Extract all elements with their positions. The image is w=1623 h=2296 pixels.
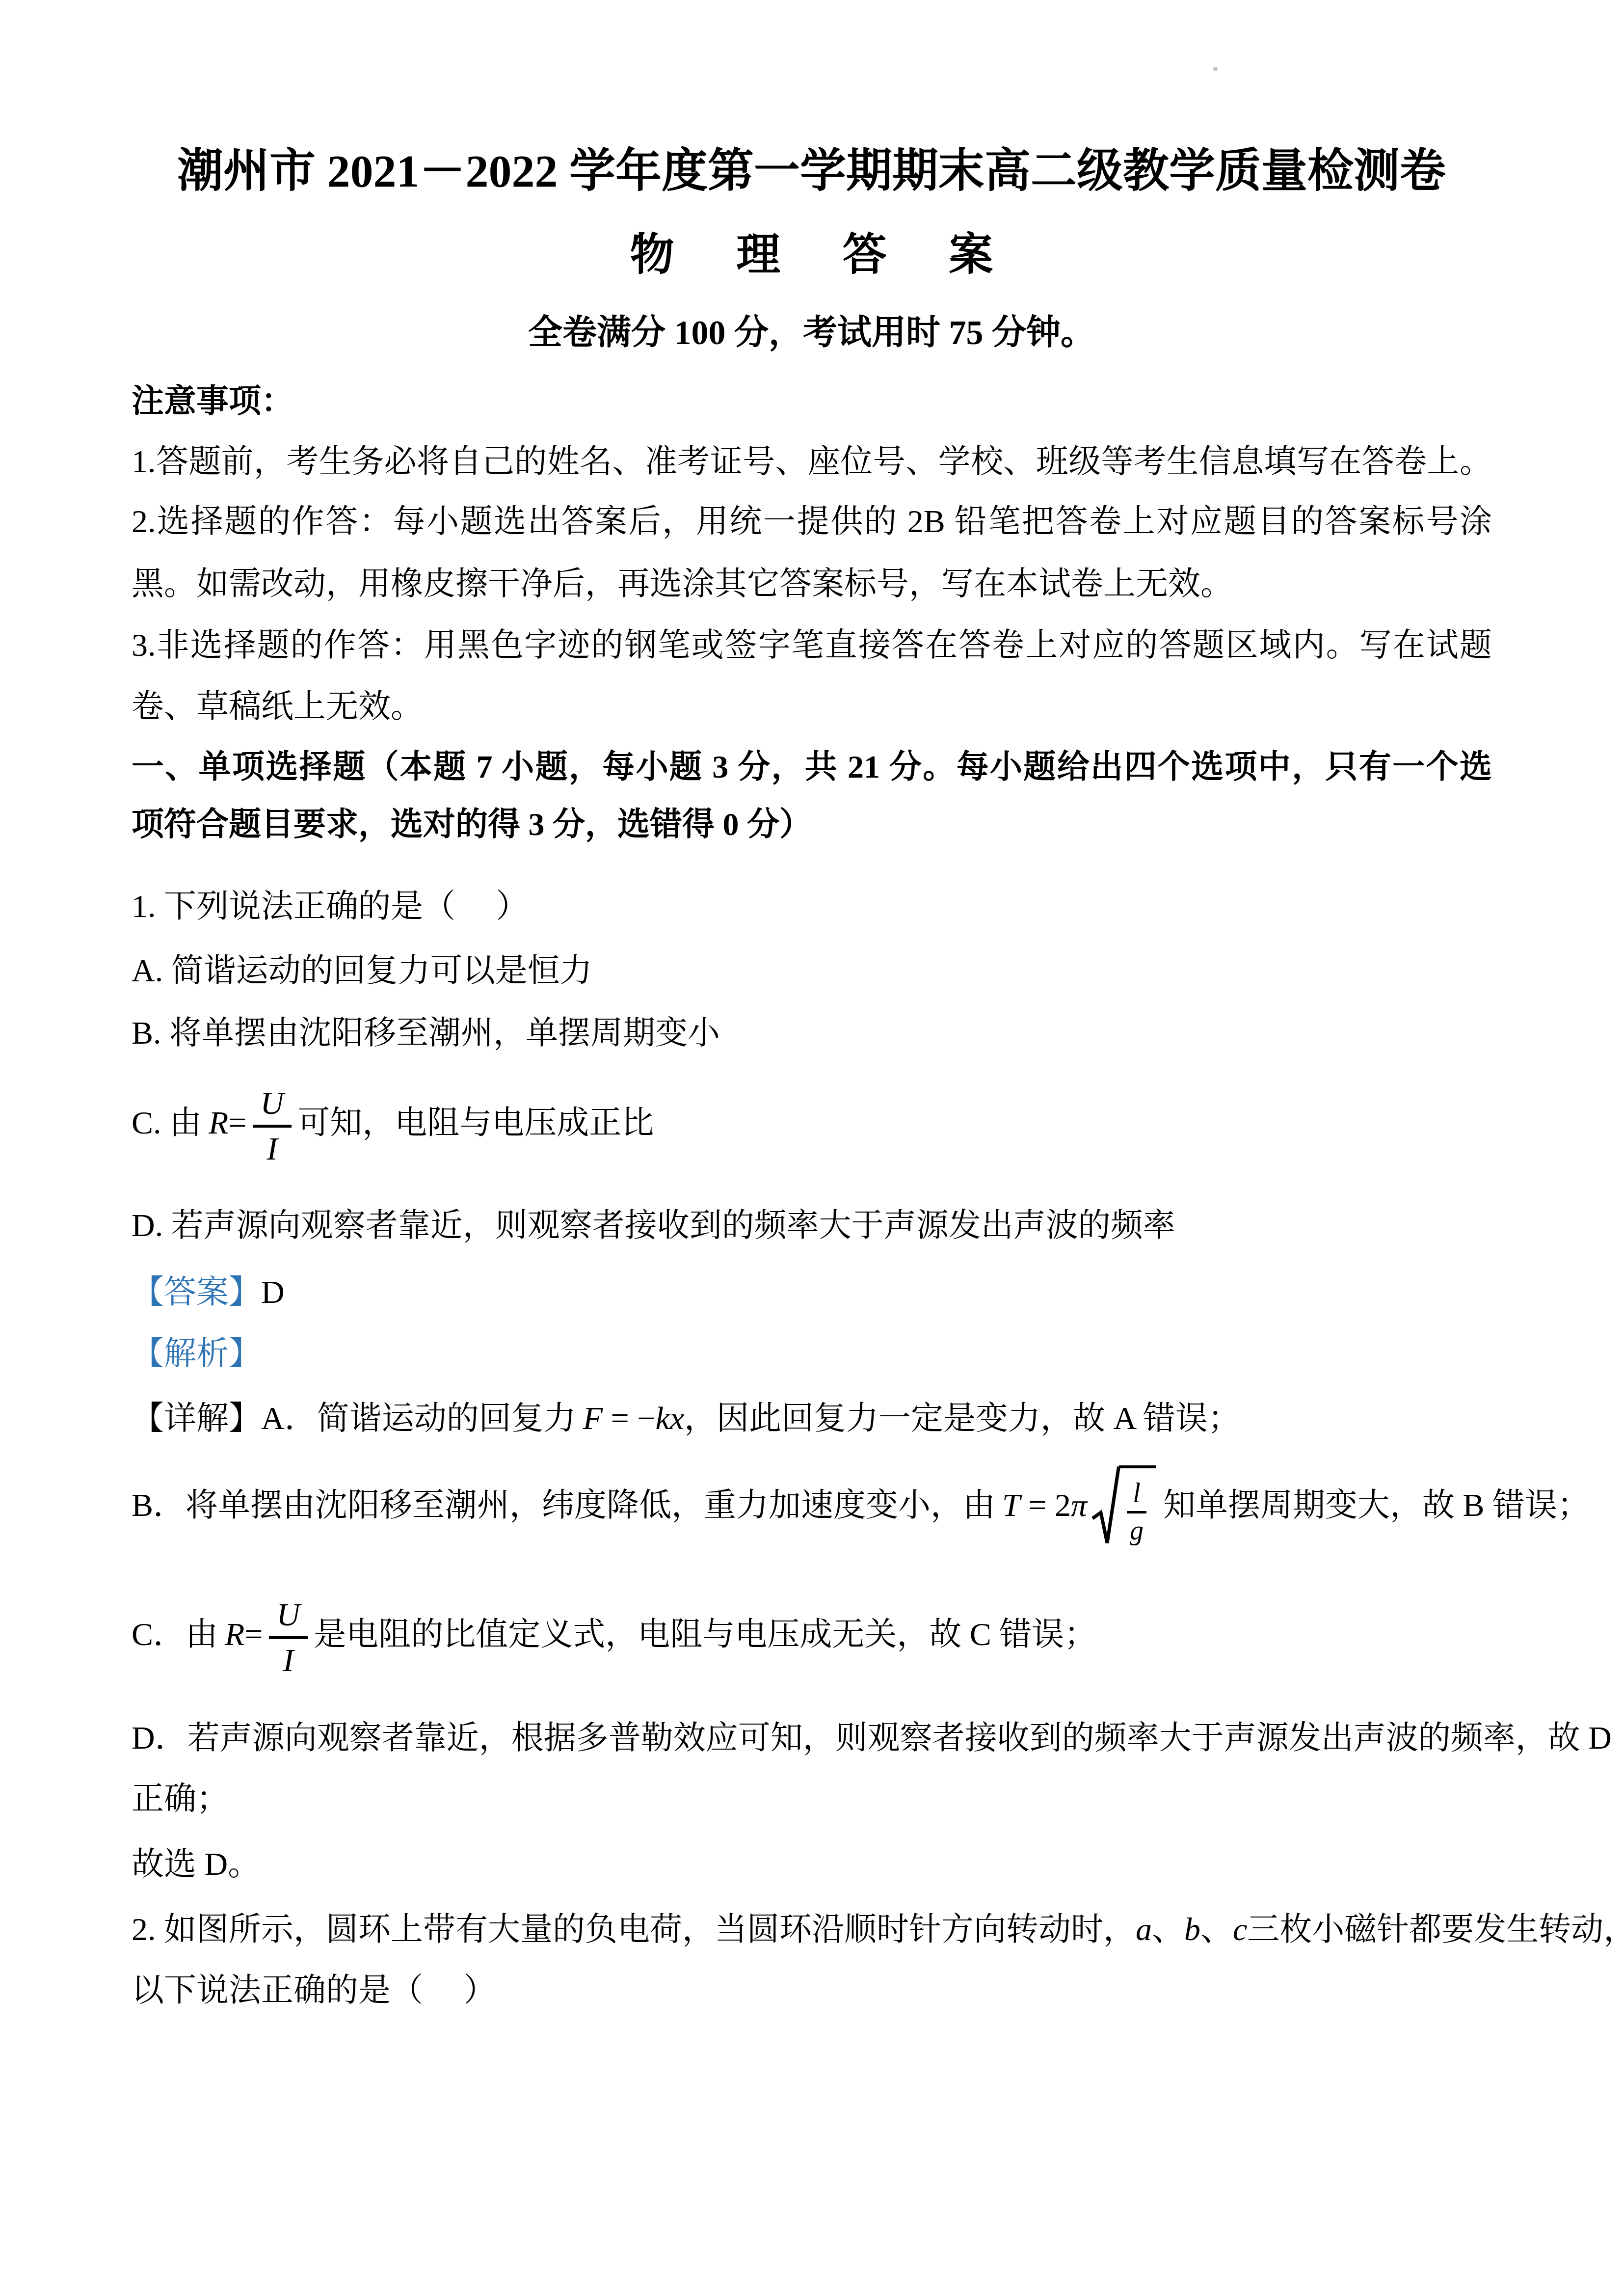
math-equals-2: = 2: [1020, 1487, 1071, 1523]
subject-title: 物 理 答 案: [0, 231, 1623, 279]
exam-info: 全卷满分 100 分，考试用时 75 分钟。: [0, 314, 1623, 352]
scan-artifact-dot: [1213, 67, 1218, 71]
math-var-r: R: [209, 1105, 228, 1141]
question-2-stem-line-2: 以下说法正确的是（ ）: [132, 1968, 1492, 2013]
fraction-u-over-i: UI: [253, 1085, 292, 1168]
fraction-numerator: U: [253, 1085, 292, 1128]
math-var-r: R: [225, 1617, 244, 1652]
question-1-option-a: A. 简谐运动的回复力可以是恒力: [132, 948, 1492, 994]
explanation-b-text-post: 知单摆周期变大，故 B 错误；: [1163, 1487, 1590, 1523]
explanation-b-text-pre: B．将单摆由沈阳移至潮州，纬度降低，重力加速度变小，由: [132, 1487, 995, 1523]
fraction-denominator: I: [275, 1639, 301, 1679]
explanation-a-text-pre: 【详解】A．简谐运动的回复力: [132, 1401, 576, 1436]
math-equals: =: [228, 1105, 246, 1141]
question-2-text-pre: 2. 如图所示，圆环上带有大量的负电荷，当圆环沿顺时针方向转动时，: [132, 1912, 1136, 1947]
math-var-kx: kx: [655, 1401, 684, 1436]
math-var-pi: π: [1071, 1487, 1087, 1523]
fraction-denominator: I: [259, 1128, 285, 1167]
question-1-option-c: C. 由R=UI可知，电阻与电压成正比: [132, 1085, 1492, 1168]
explanation-a: 【详解】A．简谐运动的回复力F = −kx，因此回复力一定是变力，故 A 错误；: [132, 1396, 1492, 1441]
answer-value: D: [261, 1274, 285, 1310]
explanation-c-text-pre: C．由: [132, 1617, 218, 1652]
analysis-label: 【解析】: [132, 1331, 1492, 1377]
math-equals-minus: = −: [603, 1401, 655, 1436]
notice-item-3-line-2: 卷、草稿纸上无效。: [132, 684, 1492, 729]
explanation-d-line-1: D．若声源向观察者靠近，根据多普勒效应可知，则观察者接收到的频率大于声源发出声波…: [132, 1716, 1492, 1761]
notice-item-3-line-1: 3.非选择题的作答：用黑色字迹的钢笔或签字笔直接答在答卷上对应的答题区域内。写在…: [132, 623, 1492, 668]
question-2-stem-line-1: 2. 如图所示，圆环上带有大量的负电荷，当圆环沿顺时针方向转动时，a、b、c三枚…: [132, 1907, 1492, 1952]
section-1-header-line-2: 项符合题目要求，选对的得 3 分，选错得 0 分）: [132, 802, 1492, 847]
notices-header: 注意事项：: [132, 379, 1492, 424]
question-1-answer: 【答案】D: [132, 1270, 1492, 1315]
separator: 、: [1200, 1912, 1233, 1947]
explanation-d-line-2: 正确；: [132, 1777, 1492, 1822]
math-var-b: b: [1184, 1912, 1200, 1947]
fraction-denominator: g: [1124, 1513, 1149, 1545]
question-1-stem: 1. 下列说法正确的是（ ）: [132, 884, 1492, 929]
question-1-option-d: D. 若声源向观察者靠近，则观察者接收到的频率大于声源发出声波的频率: [132, 1203, 1492, 1248]
option-c-text-post: 可知，电阻与电压成正比: [297, 1105, 654, 1141]
question-1-option-b: B. 将单摆由沈阳移至潮州，单摆周期变小: [132, 1011, 1492, 1056]
square-root-sign: lg: [1092, 1465, 1156, 1552]
radicand: lg: [1119, 1465, 1156, 1552]
math-equals: =: [244, 1617, 263, 1652]
math-var-t: T: [1002, 1487, 1020, 1523]
explanation-conclusion: 故选 D。: [132, 1842, 1492, 1887]
option-c-text-pre: C. 由: [132, 1105, 202, 1141]
explanation-c-text-post: 是电阻的比值定义式，电阻与电压成无关，故 C 错误；: [314, 1617, 1096, 1652]
notice-item-1: 1.答题前，考生务必将自己的姓名、准考证号、座位号、学校、班级等考生信息填写在答…: [132, 439, 1492, 485]
fraction-numerator: l: [1127, 1479, 1146, 1513]
document-title: 潮州市 2021－2022 学年度第一学期期末高二级教学质量检测卷: [0, 146, 1623, 197]
fraction-u-over-i: UI: [269, 1596, 308, 1679]
separator: 、: [1152, 1912, 1184, 1947]
math-var-f: F: [583, 1401, 603, 1436]
fraction-l-over-g: lg: [1124, 1479, 1149, 1545]
notice-item-2-line-1: 2.选择题的作答：每小题选出答案后，用统一提供的 2B 铅笔把答卷上对应题目的答…: [132, 499, 1492, 544]
notice-item-2-line-2: 黑。如需改动，用橡皮擦干净后，再选涂其它答案标号，写在本试卷上无效。: [132, 562, 1492, 607]
explanation-b: B．将单摆由沈阳移至潮州，纬度降低，重力加速度变小，由T = 2πlg知单摆周期…: [132, 1465, 1492, 1552]
math-var-a: a: [1136, 1912, 1152, 1947]
fraction-numerator: U: [269, 1596, 308, 1639]
answer-label: 【答案】: [132, 1274, 261, 1310]
explanation-a-text-post: ，因此回复力一定是变力，故 A 错误；: [684, 1401, 1240, 1436]
radical-stroke-icon: [1092, 1465, 1120, 1552]
explanation-c: C．由R=UI是电阻的比值定义式，电阻与电压成无关，故 C 错误；: [132, 1596, 1492, 1679]
math-var-c: c: [1233, 1912, 1247, 1947]
question-2-text-post: 三枚小磁针都要发生转动，: [1247, 1912, 1623, 1947]
exam-answer-document: 潮州市 2021－2022 学年度第一学期期末高二级教学质量检测卷 物 理 答 …: [0, 0, 1623, 2296]
section-1-header-line-1: 一、单项选择题（本题 7 小题，每小题 3 分，共 21 分。每小题给出四个选项…: [132, 745, 1492, 790]
